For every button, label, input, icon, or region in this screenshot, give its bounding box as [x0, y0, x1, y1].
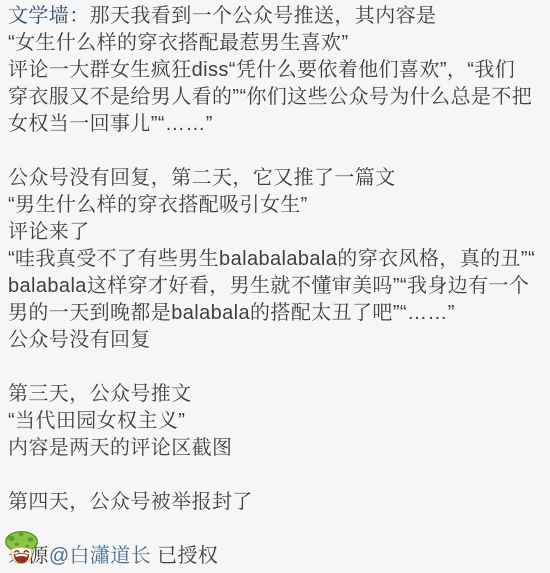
text-line: 来源@白瀟道长 已授权 [8, 543, 550, 570]
text-segment: 女权当一回事儿”“……” [8, 113, 213, 135]
poster-name: 文学墙： [8, 5, 90, 27]
text-segment: 男的一天到晚都是balabala的搭配太丑了吧”“……” [8, 302, 455, 324]
blank-line [8, 138, 550, 165]
text-segment: “男生什么样的穿衣搭配吸引女生” [8, 194, 308, 216]
mention-link[interactable]: @白瀟道长 [49, 545, 151, 567]
text-segment: 公众号没有回复 [8, 329, 151, 351]
text-segment: 第三天，公众号推文 [8, 383, 192, 405]
text-segment: 评论来了 [8, 221, 90, 243]
text-segment: balabala这样穿才好看，男生就不懂审美吗”“我身边有一个 [8, 275, 529, 297]
text-line: balabala这样穿才好看，男生就不懂审美吗”“我身边有一个 [8, 273, 550, 300]
text-segment: 已授权 [151, 545, 218, 567]
text-line: 评论来了 [8, 219, 550, 246]
text-segment: “哇我真受不了有些男生balabalabala的穿衣风格，真的丑”“ [8, 248, 535, 270]
text-line: 内容是两天的评论区截图 [8, 435, 550, 462]
text-line: 男的一天到晚都是balabala的搭配太丑了吧”“……” [8, 300, 550, 327]
text-segment: 来源 [8, 545, 49, 567]
post-text-block: 文学墙：那天我看到一个公众号推送，其内容是“女生什么样的穿衣搭配最惹男生喜欢”评… [8, 3, 550, 570]
text-segment: 公众号没有回复，第二天，它又推了一篇文 [8, 167, 396, 189]
text-line: 公众号没有回复 [8, 327, 550, 354]
text-segment: 第四天，公众号被举报封了 [8, 491, 253, 513]
text-line: 第四天，公众号被举报封了 [8, 489, 550, 516]
blank-line [8, 516, 550, 543]
text-line: 穿衣服又不是给男人看的”“你们这些公众号为什么总是不把 [8, 84, 550, 111]
blank-line [8, 354, 550, 381]
text-line: “当代田园女权主义” [8, 408, 550, 435]
text-segment: 那天我看到一个公众号推送，其内容是 [90, 5, 437, 27]
text-line: 公众号没有回复，第二天，它又推了一篇文 [8, 165, 550, 192]
text-segment: “女生什么样的穿衣搭配最惹男生喜欢” [8, 32, 349, 54]
text-segment: 评论一大群女生疯狂diss“凭什么要依着他们喜欢”，“我们 [8, 59, 515, 81]
text-line: “男生什么样的穿衣搭配吸引女生” [8, 192, 550, 219]
text-line: 文学墙：那天我看到一个公众号推送，其内容是 [8, 3, 550, 30]
text-line: 评论一大群女生疯狂diss“凭什么要依着他们喜欢”，“我们 [8, 57, 550, 84]
text-line: “哇我真受不了有些男生balabalabala的穿衣风格，真的丑”“ [8, 246, 550, 273]
blank-line [8, 462, 550, 489]
text-line: 第三天，公众号推文 [8, 381, 550, 408]
text-segment: “当代田园女权主义” [8, 410, 185, 432]
text-segment: 内容是两天的评论区截图 [8, 437, 232, 459]
text-segment: 穿衣服又不是给男人看的”“你们这些公众号为什么总是不把 [8, 86, 532, 108]
text-line: 女权当一回事儿”“……” [8, 111, 550, 138]
post-screenshot: 文学墙：那天我看到一个公众号推送，其内容是“女生什么样的穿衣搭配最惹男生喜欢”评… [0, 0, 550, 573]
text-line: “女生什么样的穿衣搭配最惹男生喜欢” [8, 30, 550, 57]
